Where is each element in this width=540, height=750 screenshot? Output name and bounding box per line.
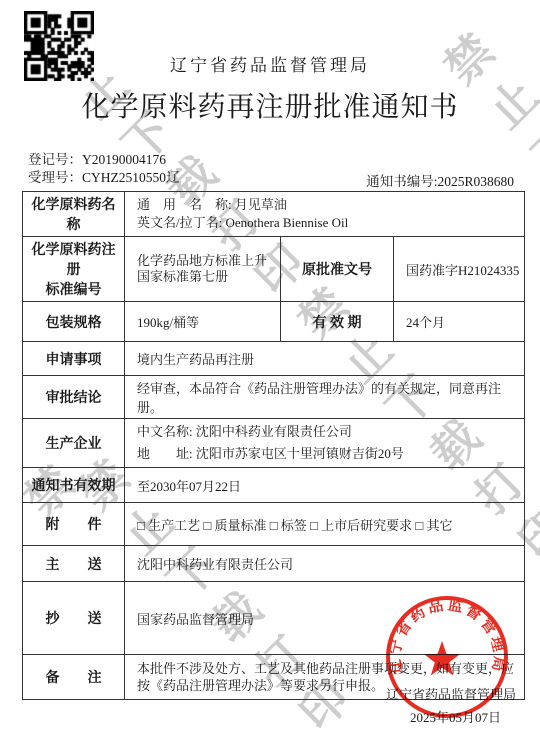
field-value-standard-number: 化学药品地方标准上升国家标准第七册	[125, 237, 281, 302]
meta-block: 登记号：Y20190004176 受理号：CYHZ2510550辽	[28, 151, 180, 187]
table-row-manufacturer: 生产企业 中文名称: 沈阳中科药业有限责任公司 地 址: 沈阳市苏家屯区十里河镇…	[23, 419, 525, 468]
document-page: 禁止下载打印禁止下载打印禁止下禁止下载打印禁 辽宁省药品监督管理局 化学原料药再…	[0, 0, 540, 750]
table-row-package: 包装规格 190kg/桶等 有 效 期 24个月	[23, 302, 525, 342]
field-value-package-spec: 190kg/桶等	[125, 302, 281, 342]
field-value-attachments: □ 生产工艺 □ 质量标准 □ 标签 □ 上市后研究要求 □ 其它	[125, 503, 525, 546]
field-label-attachments: 附 件	[23, 503, 125, 546]
field-value-application-item: 境内生产药品再注册	[125, 342, 525, 376]
signature-authority: 辽宁省药品监督管理局	[386, 684, 516, 703]
document-title: 化学原料药再注册批准通知书	[0, 85, 540, 125]
field-value-cc-recipient: 国家药品监督管理局	[125, 582, 525, 655]
approval-table: 化学原料药名称 通 用 名 称: 月见草油 英文名/拉丁名: Oenothera…	[22, 191, 525, 700]
issuing-authority-header: 辽宁省药品监督管理局	[0, 51, 540, 76]
field-value-approval-conclusion: 经审查，本品符合《药品注册管理办法》的有关规定，同意再注册。	[125, 376, 525, 419]
field-label-manufacturer: 生产企业	[23, 419, 125, 468]
notice-number: 通知书编号:2025R038680	[366, 170, 514, 190]
field-label-notice-validity: 通知书有效期	[23, 468, 125, 503]
table-row-drug-name: 化学原料药名称 通 用 名 称: 月见草油 英文名/拉丁名: Oenothera…	[23, 192, 525, 237]
english-name-line: 英文名/拉丁名: Oenothera Biennise Oil	[137, 214, 520, 232]
signature-date: 2025年05月07日	[410, 707, 501, 726]
field-label-original-approval-number: 原批准文号	[281, 237, 394, 302]
field-label-cc-recipient: 抄 送	[23, 582, 125, 655]
manufacturer-address: 地 址: 沈阳市苏家屯区十里河镇财吉街20号	[137, 443, 520, 465]
generic-name-line: 通 用 名 称: 月见草油	[137, 196, 520, 214]
field-value-drug-name: 通 用 名 称: 月见草油 英文名/拉丁名: Oenothera Biennis…	[125, 192, 525, 237]
table-row-conclusion: 审批结论 经审查，本品符合《药品注册管理办法》的有关规定，同意再注册。	[23, 376, 525, 419]
table-row-standard-number: 化学原料药注册 标准编号 化学药品地方标准上升国家标准第七册 原批准文号 国药准…	[23, 237, 525, 302]
field-label-main-recipient: 主 送	[23, 546, 125, 582]
notice-number-label: 通知书编号:	[366, 174, 437, 189]
field-label-validity: 有 效 期	[281, 302, 394, 342]
notice-number-value: 2025R038680	[437, 174, 514, 189]
table-row-main-recipient: 主 送 沈阳中科药业有限责任公司	[23, 546, 525, 582]
acceptance-number-value: CYHZ2510550辽	[82, 170, 180, 185]
table-row-cc-recipient: 抄 送 国家药品监督管理局	[23, 582, 525, 655]
field-value-validity: 24个月	[394, 302, 525, 342]
manufacturer-cn-name: 中文名称: 沈阳中科药业有限责任公司	[137, 421, 520, 443]
field-label-remarks: 备 注	[23, 655, 125, 700]
acceptance-number-line: 受理号：CYHZ2510550辽	[28, 169, 180, 187]
field-label-approval-conclusion: 审批结论	[23, 376, 125, 419]
field-label-drug-name: 化学原料药名称	[23, 192, 125, 237]
table-row-attachments: 附 件 □ 生产工艺 □ 质量标准 □ 标签 □ 上市后研究要求 □ 其它	[23, 503, 525, 546]
field-value-original-approval-number: 国药准字H21024335	[394, 237, 525, 302]
field-value-manufacturer: 中文名称: 沈阳中科药业有限责任公司 地 址: 沈阳市苏家屯区十里河镇财吉街20…	[125, 419, 525, 468]
table-row-notice-validity: 通知书有效期 至2030年07月22日	[23, 468, 525, 503]
registration-number-value: Y20190004176	[82, 152, 166, 167]
registration-number-label: 登记号：	[28, 152, 82, 167]
field-label-application-item: 申请事项	[23, 342, 125, 376]
field-label-standard-number: 化学原料药注册 标准编号	[23, 237, 125, 302]
field-value-main-recipient: 沈阳中科药业有限责任公司	[125, 546, 525, 582]
registration-number-line: 登记号：Y20190004176	[28, 151, 180, 169]
field-value-notice-validity: 至2030年07月22日	[125, 468, 525, 503]
table-row-application: 申请事项 境内生产药品再注册	[23, 342, 525, 376]
field-label-package-spec: 包装规格	[23, 302, 125, 342]
acceptance-number-label: 受理号：	[28, 170, 82, 185]
